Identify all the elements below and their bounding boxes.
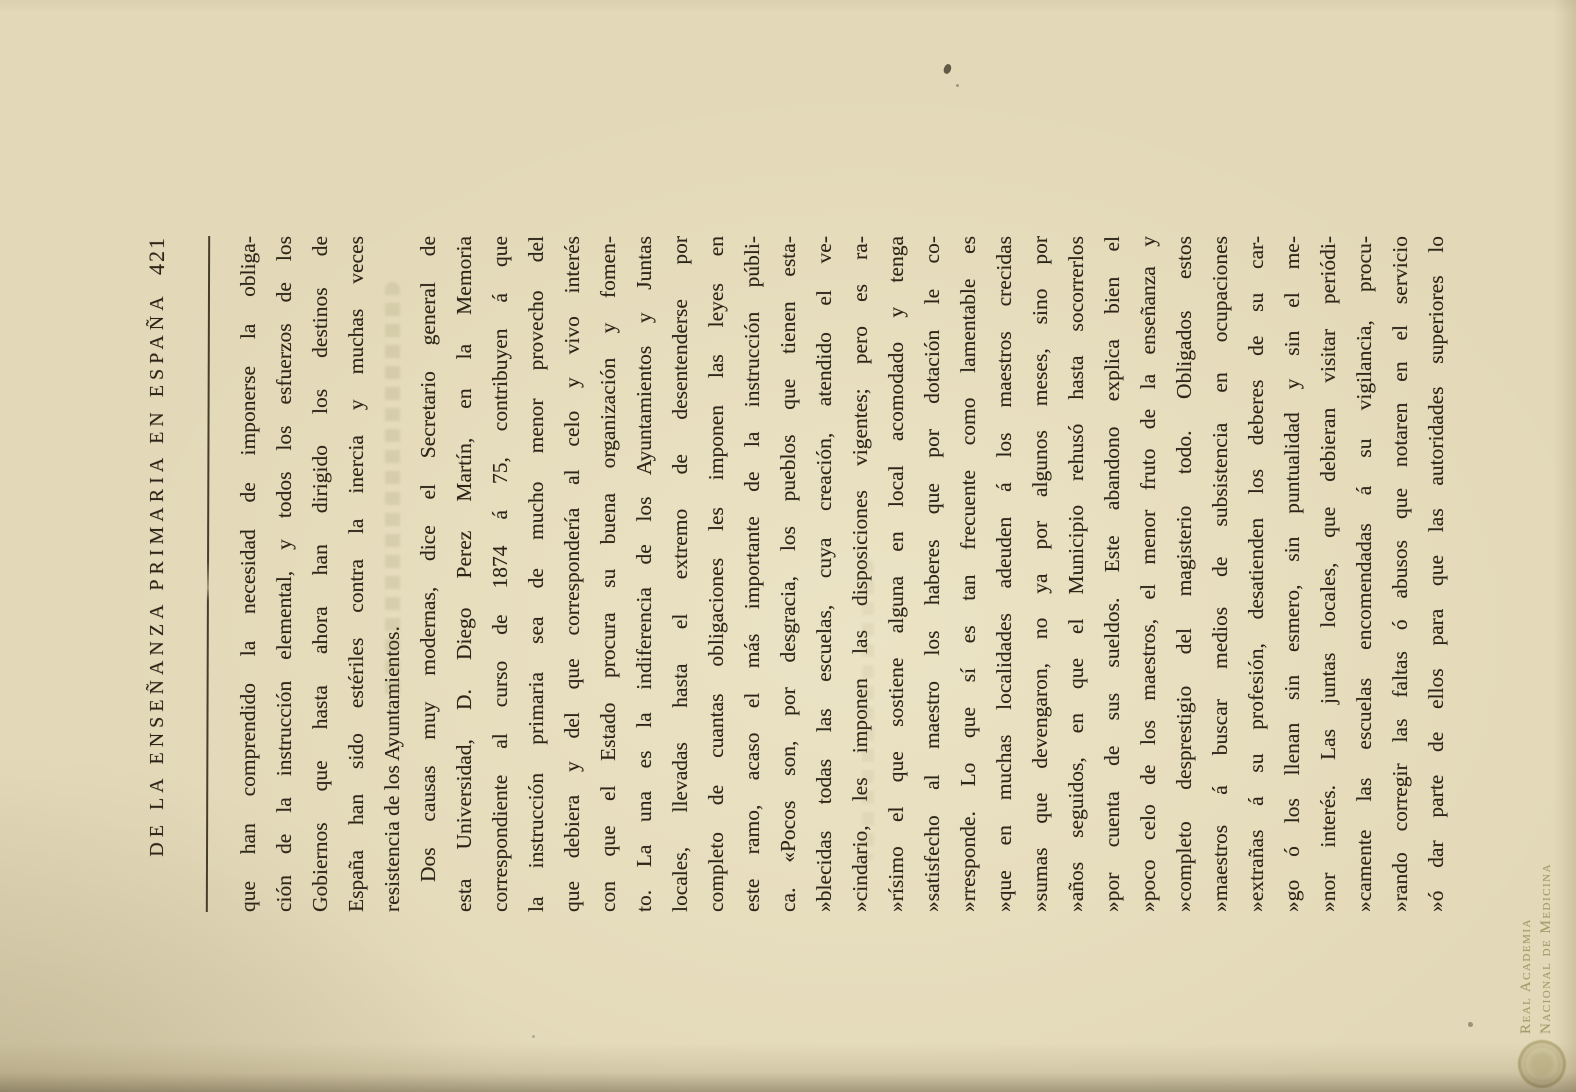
text-line-p2-22: »completo desprestigio del magisterio to…	[1166, 236, 1202, 912]
page-number: 421	[144, 236, 170, 275]
text-line-p2-17: »que en muchas localidades adeuden á los…	[986, 236, 1022, 912]
text-line-p2-16: »rresponde. Lo que sí es tan frecuente c…	[950, 236, 986, 912]
text-line-p2-9: completo de cuantas obligaciones les imp…	[698, 236, 734, 912]
text-line-p2-7: to. La una es la indiferencia de los Ayu…	[626, 236, 662, 912]
text-line-p1-4: España han sido estériles contra la iner…	[338, 236, 374, 912]
text-line-p2-6: con que el Estado procura su buena organ…	[590, 236, 626, 912]
text-line-p1-2: ción de la instrucción elemental, y todo…	[266, 236, 302, 912]
text-block: que han comprendido la necesidad de impo…	[230, 236, 1454, 912]
text-line-p1-3: Gobiernos que hasta ahora han dirigido l…	[302, 236, 338, 912]
text-line-p1-1: que han comprendido la necesidad de impo…	[230, 236, 266, 912]
text-line-p1-5: resistencia de los Ayuntamientos.	[374, 236, 410, 912]
text-line-p2-10: este ramo, acaso el más importante de la…	[734, 236, 770, 912]
text-line-p2-24: »extrañas á su profesión, desatienden lo…	[1238, 236, 1274, 912]
page-header: DE LA ENSEÑANZA PRIMARIA EN ESPAÑA 421	[146, 236, 180, 912]
text-line-p2-13: »cindario, les imponen las disposiciones…	[842, 236, 878, 912]
text-line-p2-14: »rísimo el que sostiene alguna en local …	[878, 236, 914, 912]
text-line-p2-21: »poco celo de los maestros, el menor fru…	[1130, 236, 1166, 912]
text-line-p2-8: locales, llevadas hasta el extremo de de…	[662, 236, 698, 912]
text-line-p2-11: ca. «Pocos son, por desgracia, los puebl…	[770, 236, 806, 912]
header-rule	[206, 236, 210, 912]
text-line-p2-1: Dos causas muy modernas, dice el Secreta…	[410, 236, 446, 912]
watermark-line2: Nacional de Medicina	[1536, 863, 1556, 1034]
text-line-p2-12: »blecidas todas las escuelas, cuya creac…	[806, 236, 842, 912]
text-line-p2-4: la instrucción primaria sea de mucho men…	[518, 236, 554, 912]
text-line-p2-19: »años seguidos, en que el Municipio rehu…	[1058, 236, 1094, 912]
text-line-p2-5: que debiera y del que correspondería al …	[554, 236, 590, 912]
text-line-p2-2: esta Universidad, D. Diego Perez Martín,…	[446, 236, 482, 912]
scanned-page-viewport: DE LA ENSEÑANZA PRIMARIA EN ESPAÑA 421 q…	[0, 0, 1576, 1092]
text-line-p2-20: »por cuenta de sus sueldos. Este abandon…	[1094, 236, 1130, 912]
text-line-p2-29: »ó dar parte de ellos para que las autor…	[1418, 236, 1454, 912]
text-line-p2-25: »go ó los llenan sin esmero, sin puntual…	[1274, 236, 1310, 912]
library-watermark: Real Academia Nacional de Medicina	[1506, 790, 1572, 1090]
header-title: DE LA ENSEÑANZA PRIMARIA EN ESPAÑA	[146, 291, 168, 856]
text-line-p2-23: »maestros á buscar medios de subsistenci…	[1202, 236, 1238, 912]
text-line-p2-27: »camente las escuelas encomendadas á su …	[1346, 236, 1382, 912]
text-line-p2-26: »nor interés. Las juntas locales, que de…	[1310, 236, 1346, 912]
text-line-p2-28: »rando corregir las faltas ó abusos que …	[1382, 236, 1418, 912]
watermark-line1: Real Academia	[1516, 863, 1536, 1034]
book-page: DE LA ENSEÑANZA PRIMARIA EN ESPAÑA 421 q…	[0, 0, 1576, 1092]
text-line-p2-15: »satisfecho al maestro los haberes que p…	[914, 236, 950, 912]
text-line-p2-3: correspondiente al curso de 1874 á 75, c…	[482, 236, 518, 912]
text-line-p2-18: »sumas que devengaron, no ya por algunos…	[1022, 236, 1058, 912]
watermark-text: Real Academia Nacional de Medicina	[1516, 863, 1556, 1034]
seal-icon	[1518, 1040, 1566, 1088]
